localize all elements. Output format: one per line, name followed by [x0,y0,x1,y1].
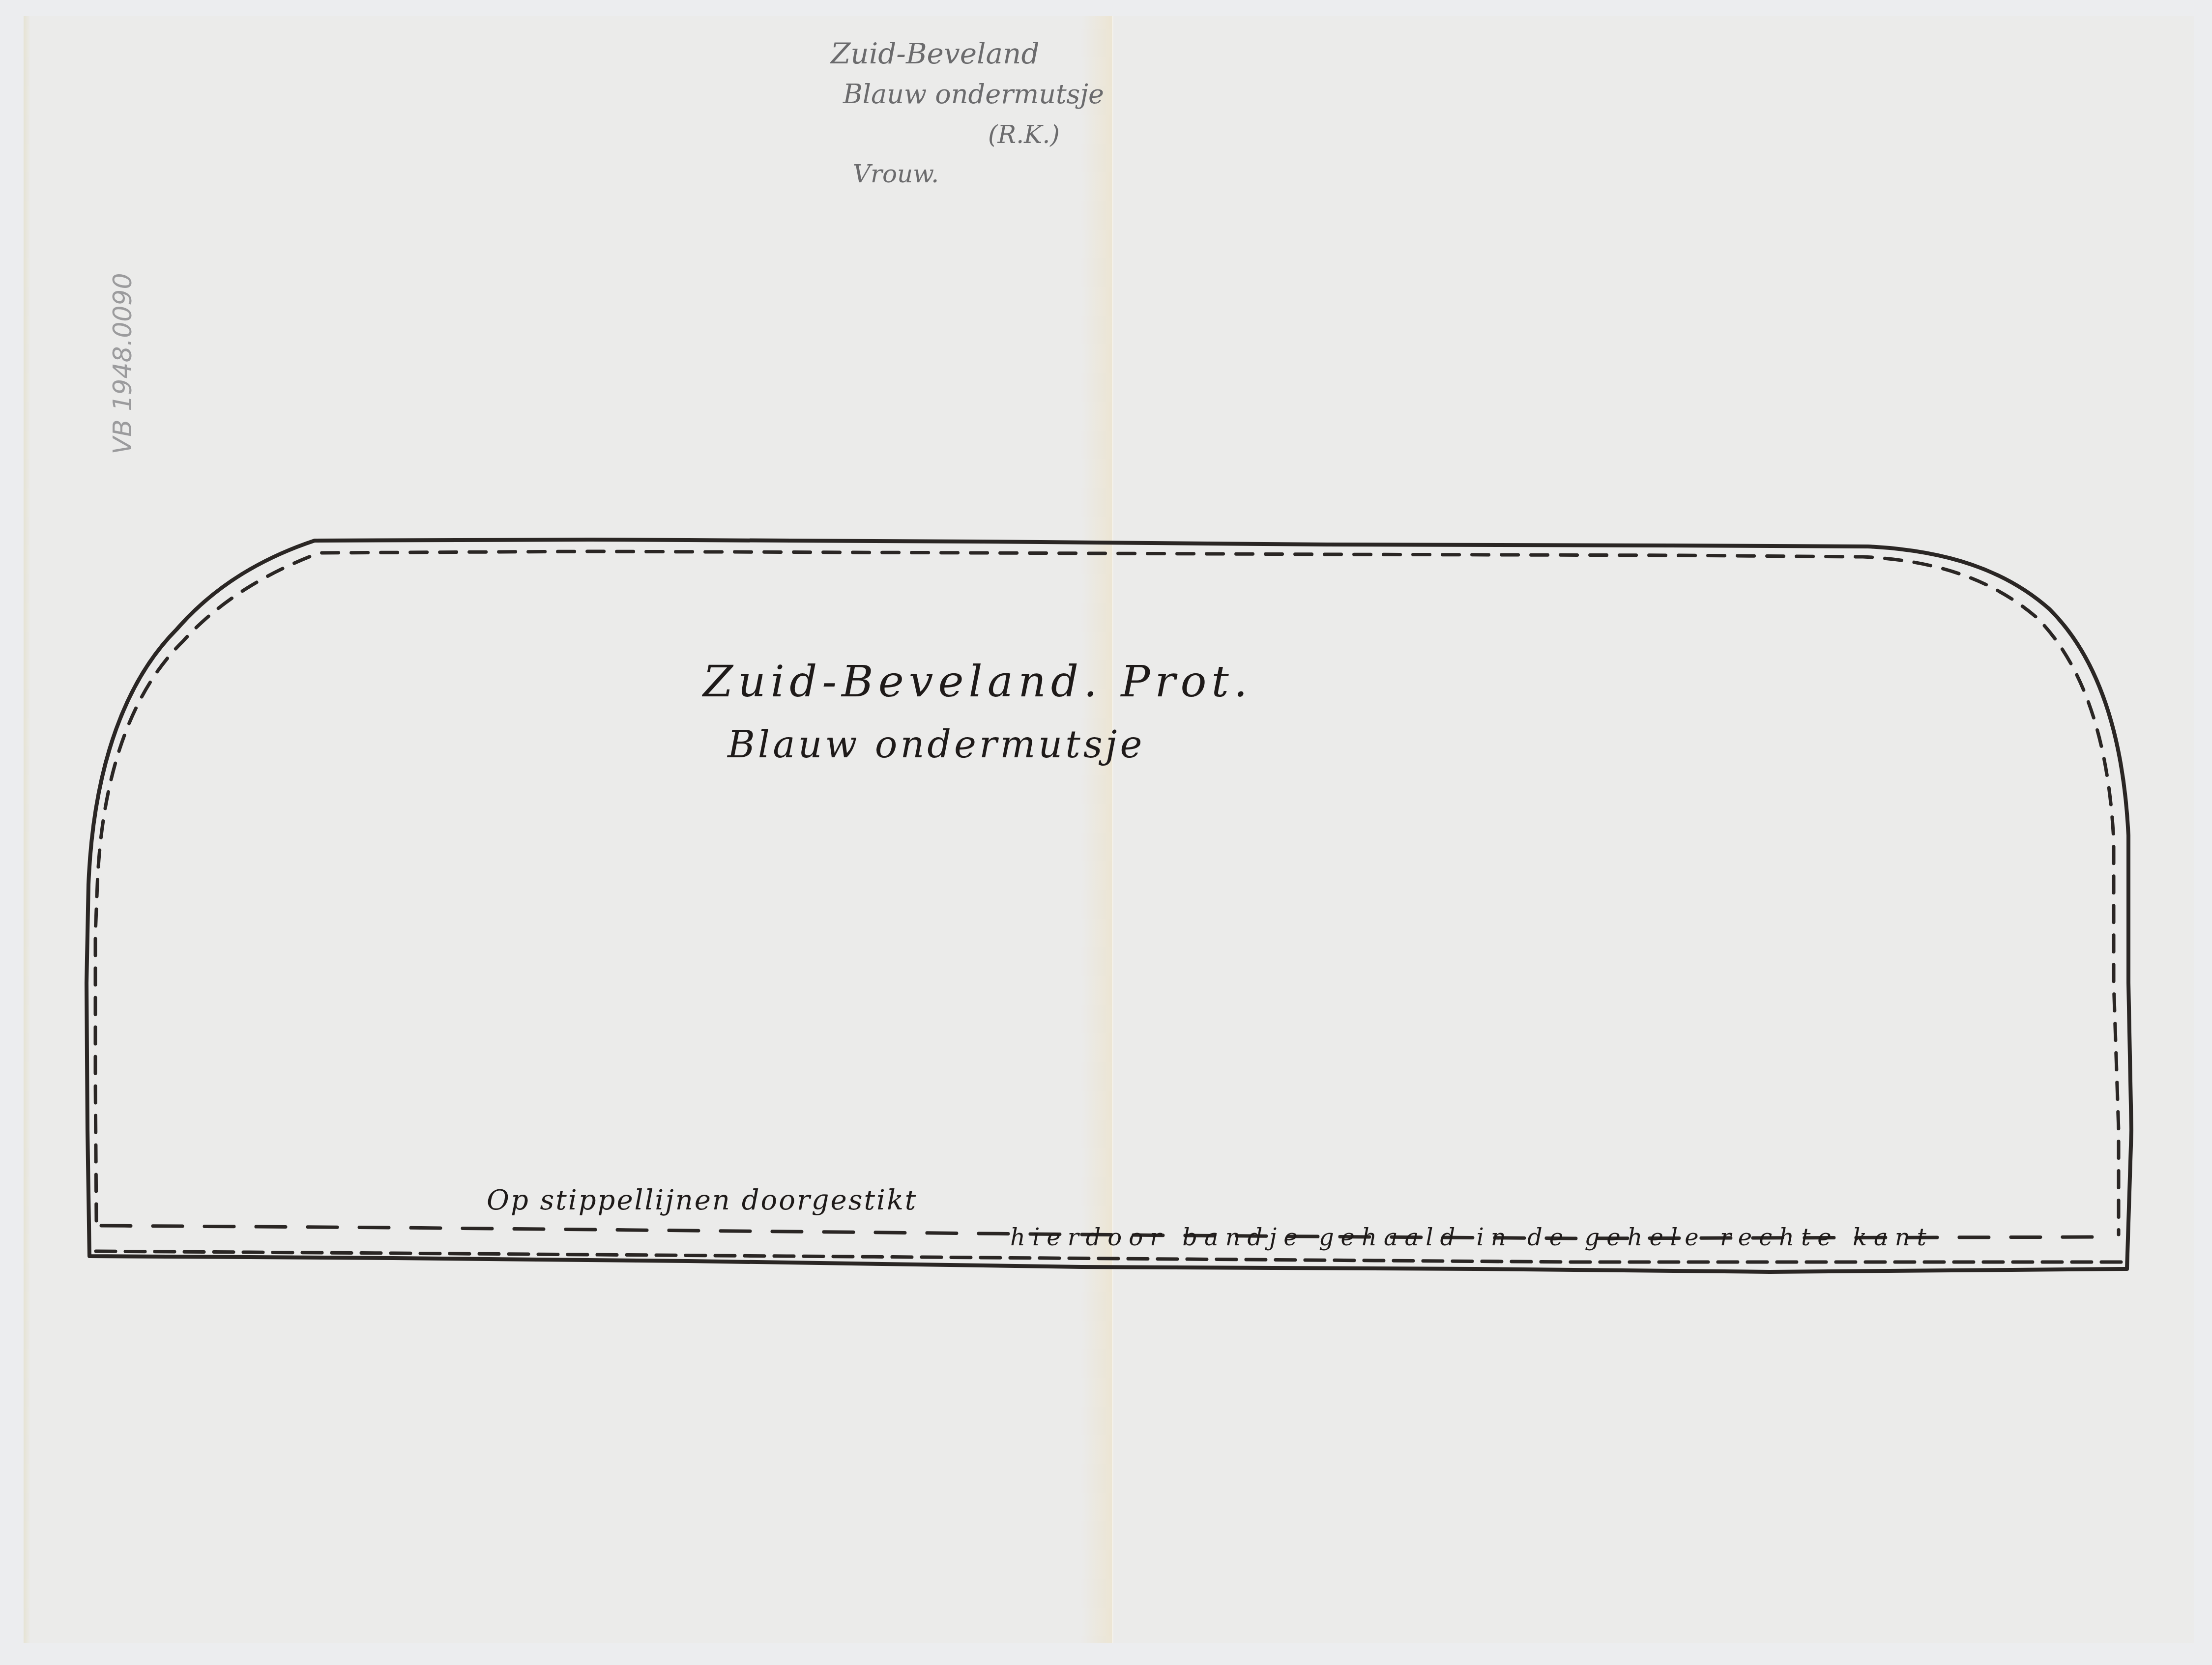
pattern-subtitle: Blauw ondermutsje [728,722,1145,766]
stitch-line [95,551,2119,1234]
pattern-drawing [0,0,2212,1665]
pattern-title: Zuid-Beveland. Prot. [703,656,1252,707]
stitch-instruction: Op stippellijnen doorgestikt [487,1184,917,1216]
band-instruction: hierdoor bandje gehaald in de gehele rec… [1010,1224,1933,1251]
pattern-outline [87,540,2131,1272]
